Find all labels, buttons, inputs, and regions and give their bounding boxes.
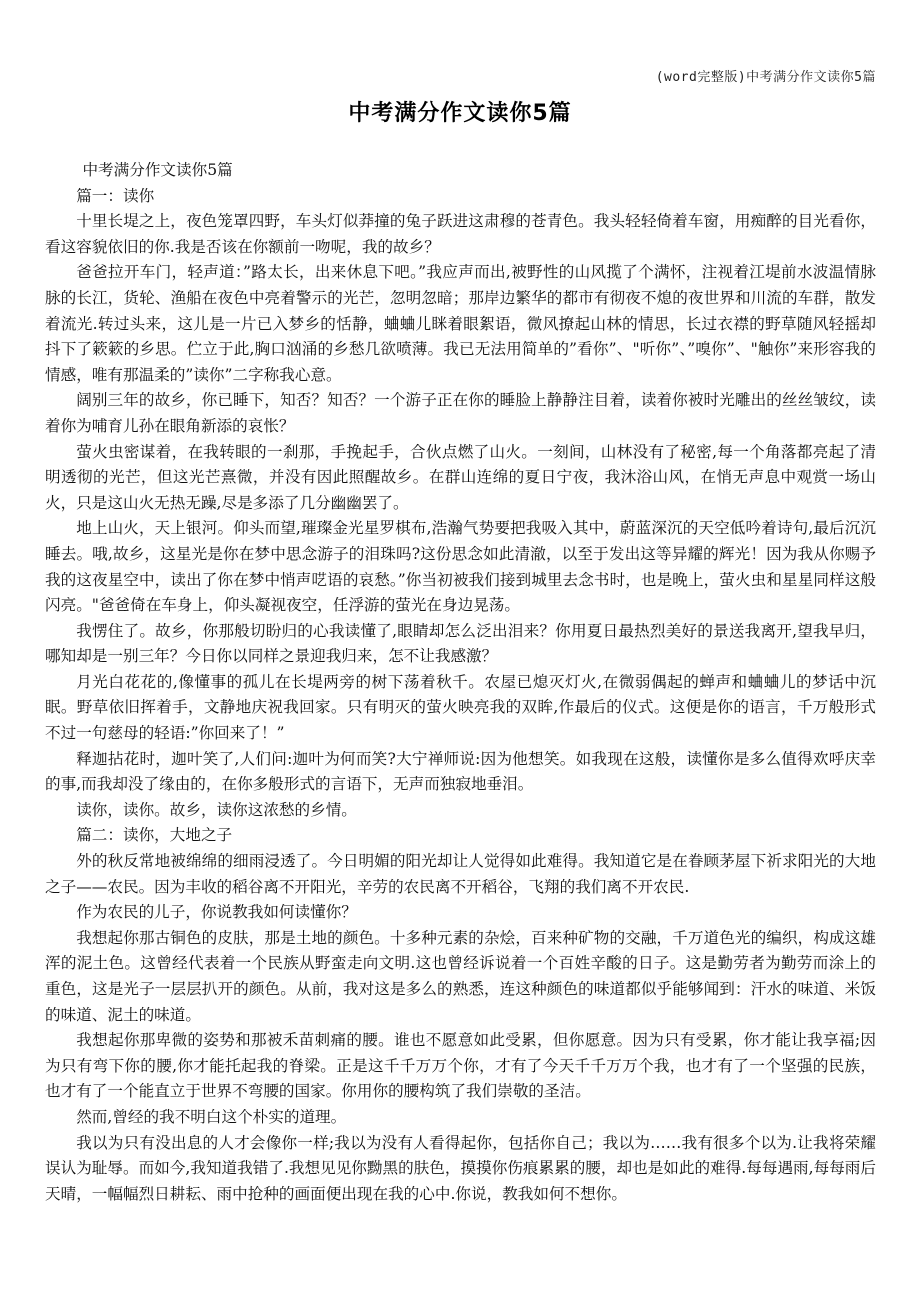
paragraph: 外的秋反常地被绵绵的细雨浸透了。今日明媚的阳光却让人觉得如此难得。我知道它是在眷… (45, 849, 876, 900)
paragraph: 然而,曾经的我不明白这个朴实的道理。 (45, 1105, 876, 1131)
document-body: 中考满分作文读你5篇 篇一：读你 十里长堤之上，夜色笼罩四野，车头灯似莽撞的兔子… (45, 158, 876, 1207)
paragraph: 月光白花花的,像懂事的孤儿在长堤两旁的树下荡着秋千。农屋已熄灭灯火,在微弱偶起的… (45, 670, 876, 747)
paragraph: 我想起你那卑微的姿势和那被禾苗刺痛的腰。谁也不愿意如此受累，但你愿意。因为只有受… (45, 1028, 876, 1105)
paragraph: 爸爸拉开车门，轻声道：”路太长，出来休息下吧。”我应声而出,被野性的山风揽了个满… (45, 260, 876, 388)
running-header: (word完整版)中考满分作文读你5篇 (656, 66, 876, 85)
section-heading-2: 篇二：读你，大地之子 (45, 823, 876, 849)
paragraph: 十里长堤之上，夜色笼罩四野，车头灯似莽撞的兔子跃进这肃穆的苍青色。我头轻轻倚着车… (45, 209, 876, 260)
paragraph: 萤火虫密谋着，在我转眼的一刹那，手挽起手，合伙点燃了山火。一刻间，山林没有了秘密… (45, 440, 876, 517)
paragraph: 释迦拈花时，迦叶笑了,人们问:迦叶为何而笑?大宁禅师说:因为他想笑。如我现在这般… (45, 747, 876, 798)
paragraph: 读你，读你。故乡，读你这浓愁的乡情。 (45, 798, 876, 824)
document-title: 中考满分作文读你5篇 (0, 96, 920, 127)
paragraph: 我愣住了。故乡，你那般切盼归的心我读懂了,眼睛却怎么泛出泪来？你用夏日最热烈美好… (45, 619, 876, 670)
section-heading-1: 篇一：读你 (45, 184, 876, 210)
paragraph: 阔别三年的故乡，你已睡下，知否？知否？一个游子正在你的睡脸上静静注目着，读着你被… (45, 388, 876, 439)
paragraph: 地上山火，天上银河。仰头而望,璀璨金光星罗棋布,浩瀚气势要把我吸入其中，蔚蓝深沉… (45, 516, 876, 618)
document-subtitle: 中考满分作文读你5篇 (45, 158, 876, 184)
paragraph: 我以为只有没出息的人才会像你一样;我以为没有人看得起你，包括你自己；我以为……我… (45, 1131, 876, 1208)
paragraph: 作为农民的儿子，你说教我如何读懂你？ (45, 900, 876, 926)
paragraph: 我想起你那古铜色的皮肤，那是土地的颜色。十多种元素的杂烩，百来种矿物的交融，千万… (45, 926, 876, 1028)
